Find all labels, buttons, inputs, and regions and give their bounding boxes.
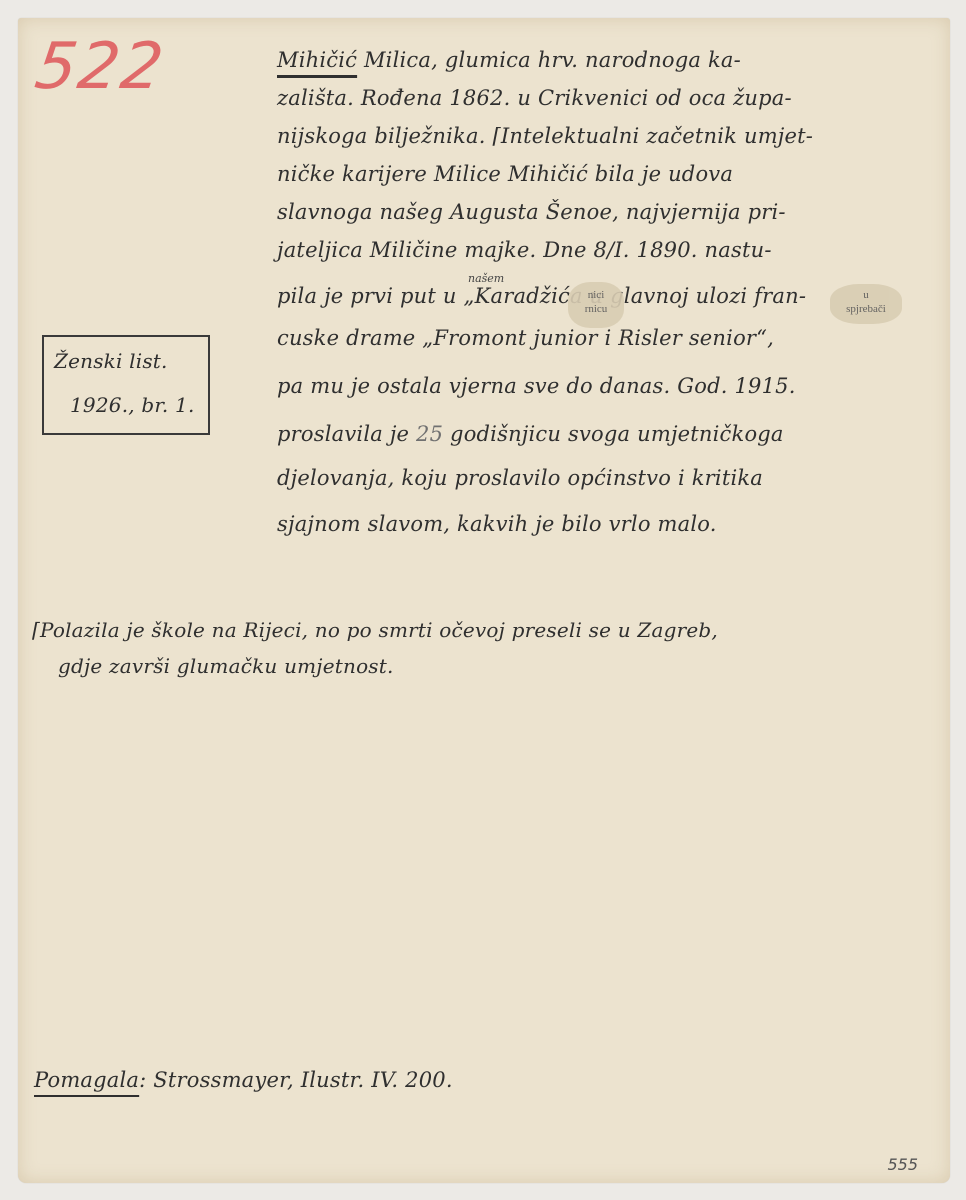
source-issue: 1926., br. 1. (70, 393, 195, 417)
entry-line-4: ničke karijere Milice Mihičić bila je ud… (277, 162, 733, 186)
footnote-line-1: ⌈Polazila je škole na Rijeci, no po smrt… (32, 618, 718, 642)
sources-text: : Strossmayer, Ilustr. IV. 200. (139, 1068, 453, 1092)
entry-surname: Mihičić (277, 48, 357, 72)
entry-line-5: slavnoga našeg Augusta Šenoe, najvjernij… (277, 200, 786, 224)
entry-line-6: jateljica Miličine majke. Dne 8/I. 1890.… (277, 238, 772, 262)
source-reference-box: Ženski list. 1926., br. 1. (42, 335, 210, 435)
entry-line-9: pa mu je ostala vjerna sve do danas. God… (277, 374, 796, 398)
catalog-number: 522 (31, 30, 170, 104)
entry-line-11: djelovanja, koju proslavilo općinstvo i … (277, 466, 763, 490)
entry-line-8: cuske drame „Fromont junior i Risler sen… (277, 326, 774, 350)
archival-index-card (18, 18, 950, 1183)
entry-line-1: Mihičić Milica, glumica hrv. narodnoga k… (277, 48, 741, 72)
sources-label: Pomagala (34, 1068, 139, 1092)
anniversary-number: 25 (416, 422, 443, 446)
source-title: Ženski list. (54, 349, 168, 373)
clipping-fragment: u spjrebači (830, 284, 902, 324)
footnote-line-2: gdje završi glumačku umjetnost. (58, 654, 394, 678)
clipping-fragment: nici rnicu (568, 282, 624, 328)
entry-line-12: sjajnom slavom, kakvih je bilo vrlo malo… (277, 512, 717, 536)
entry-line-3: nijskoga bilježnika. ⌈Intelektualni zače… (277, 124, 813, 148)
sources-line: Pomagala: Strossmayer, Ilustr. IV. 200. (34, 1068, 453, 1092)
page-number: 555 (887, 1155, 918, 1174)
entry-line-7: pila je prvi put u „Karadžića u glavnoj … (277, 284, 806, 308)
entry-line-2: zališta. Rođena 1862. u Crikvenici od oc… (277, 86, 792, 110)
entry-line-10: proslavila je 25 godišnjicu svoga umjetn… (277, 422, 784, 446)
